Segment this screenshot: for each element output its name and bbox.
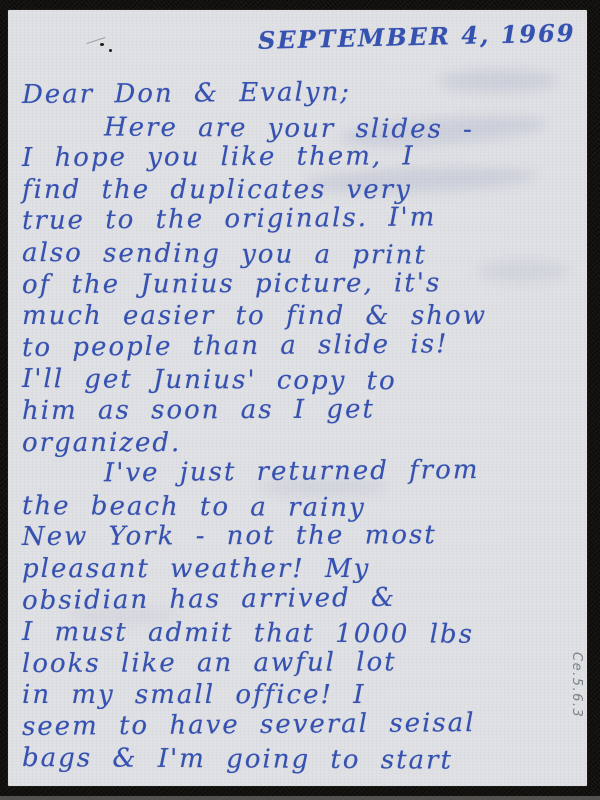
letter-line: to people than a slide is! xyxy=(22,328,583,364)
letter-line: obsidian has arrived & xyxy=(22,581,583,617)
letter-body: Dear Don & Evalyn; Here are your slides … xyxy=(22,80,583,775)
letter-line: bags & I'm going to start xyxy=(22,743,583,778)
letter-line: pleasant weather! My xyxy=(22,554,583,586)
letter-line: true to the originals. I'm xyxy=(22,201,583,237)
letter-line: I hope you like them, I xyxy=(22,141,583,175)
scanned-letter-page: { "letter": { "date": "September 4, 1969… xyxy=(0,0,600,800)
date-line: September 4, 1969 xyxy=(257,18,575,55)
letter-line: New York - not the most xyxy=(22,520,583,554)
ink-speck xyxy=(100,43,104,46)
letter-line: looks like an awful lot xyxy=(22,646,583,680)
letter-line: him as soon as I get xyxy=(22,393,583,427)
scan-edge-strip xyxy=(0,796,600,800)
salutation: Dear Don & Evalyn; xyxy=(22,75,583,111)
letter-line: I've just returned from xyxy=(22,454,583,490)
letter-line: seem to have several seisal xyxy=(22,707,583,743)
ink-speck xyxy=(109,49,112,52)
letter-sheet: September 4, 1969 Dear Don & Evalyn; Her… xyxy=(8,10,587,786)
letter-line: of the Junius picture, it's xyxy=(22,267,583,301)
catalog-mark: Ce.5.6.3 xyxy=(569,652,584,732)
